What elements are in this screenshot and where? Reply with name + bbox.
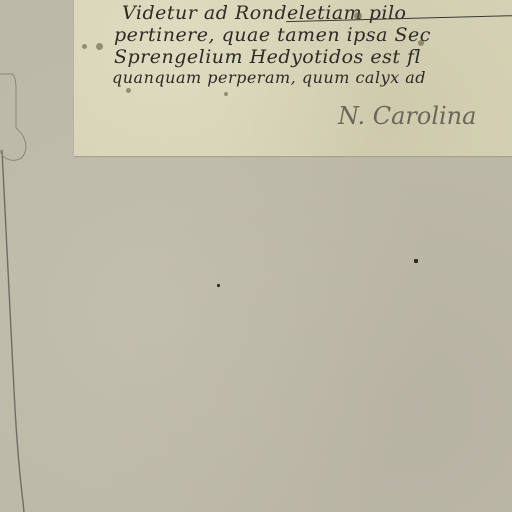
debris-speck (217, 284, 220, 287)
label-line-4: quanquam perperam, quum calyx ad (112, 68, 426, 87)
foxing-spot (224, 92, 228, 96)
foxing-spot (126, 88, 131, 93)
locality-note: N. Carolina (338, 102, 476, 130)
debris-speck (414, 259, 418, 263)
label-line-2: pertinere, quae tamen ipsa Sec (114, 24, 431, 46)
label-line-3: Sprengelium Hedyotidos est fl (114, 46, 421, 68)
label-line-1: Videtur ad Rondeletiam pilo (122, 2, 406, 24)
foxing-spot (354, 12, 362, 20)
label-line-0: ni mio est (118, 0, 188, 1)
pencil-stem-sketch (0, 150, 26, 512)
foxing-spot (96, 43, 103, 50)
foxing-spot (418, 40, 424, 46)
specimen-label: ni mio est Videtur ad Rondeletiam pilo p… (74, 0, 512, 156)
herbarium-sheet: ni mio est Videtur ad Rondeletiam pilo p… (0, 0, 512, 512)
foxing-spot (82, 44, 87, 49)
pencil-outline-sketch (0, 70, 30, 165)
